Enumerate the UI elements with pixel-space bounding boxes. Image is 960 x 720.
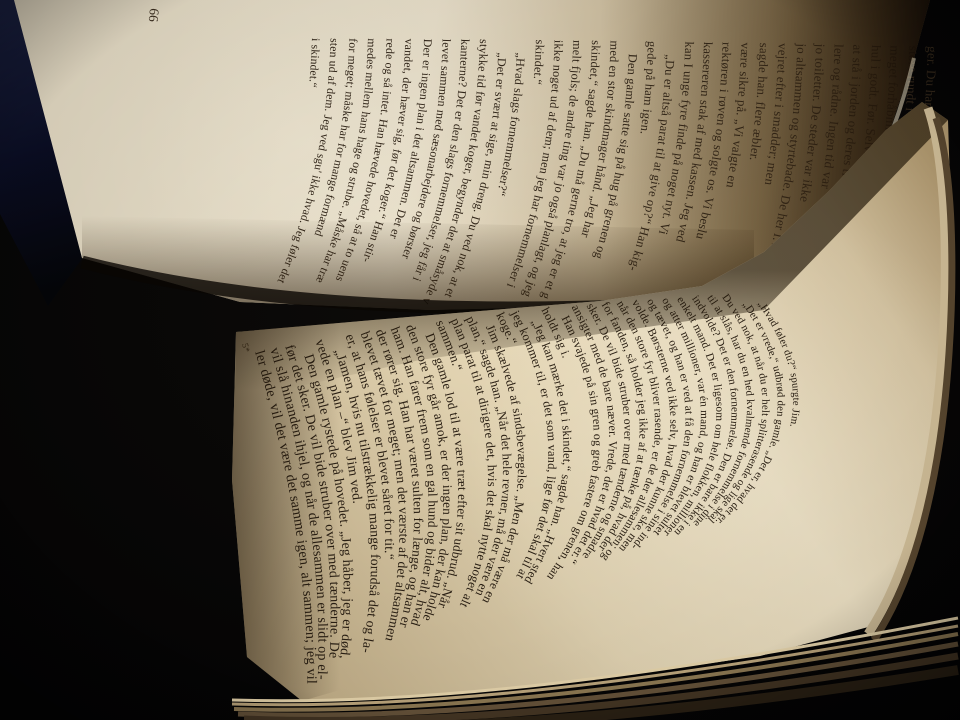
vignette: [0, 0, 960, 720]
book-photo: ger. Du har måske nok lagt mærke til, at…: [0, 0, 960, 720]
book-photo-scene: ger. Du har måske nok lagt mærke til, at…: [0, 0, 960, 720]
